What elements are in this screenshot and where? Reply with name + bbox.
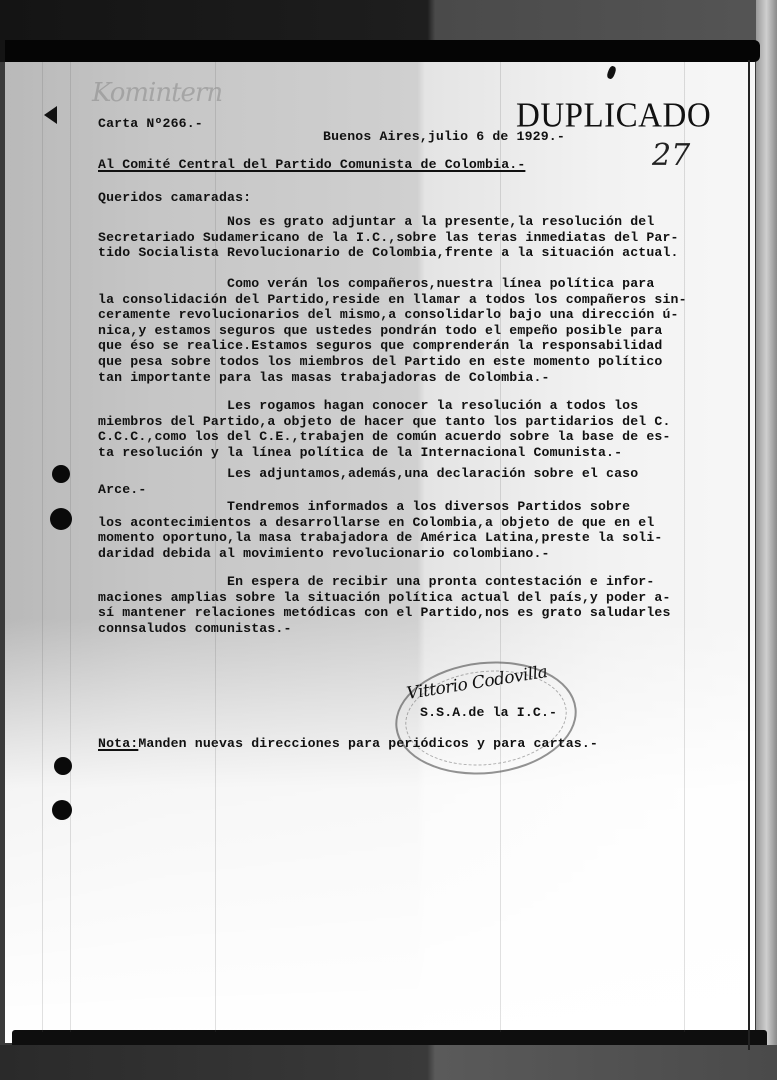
body-line: Nos es grato adjuntar a la presente,la r… [98, 214, 654, 230]
scan-streak [42, 62, 43, 1032]
body-line: En espera de recibir una pronta contesta… [98, 574, 654, 590]
folio-number: 27 [652, 138, 690, 173]
body-line: Tendremos informados a los diversos Part… [98, 499, 630, 515]
signatory: S.S.A.de la I.C.- [420, 705, 557, 721]
letter-number: Carta Nº266.- [98, 116, 203, 132]
body-line: momento oportuno,la masa trabajadora de … [98, 530, 662, 546]
body-line: tan importante para las masas trabajador… [98, 370, 550, 386]
body-line: Les rogamos hagan conocer la resolución … [98, 398, 638, 414]
body-line: C.C.C.,como los del C.E.,trabajen de com… [98, 429, 671, 445]
scan-streak [70, 62, 71, 1032]
body-line: la consolidación del Partido,reside en l… [98, 292, 687, 308]
note-text: Manden nuevas direcciones para periódico… [138, 736, 598, 751]
body-line: que éso se realice.Estamos seguros que c… [98, 338, 662, 354]
body-line: connsaludos comunistas.- [98, 621, 292, 637]
note: Nota:Manden nuevas direcciones para peri… [98, 736, 598, 752]
body-line: tido Socialista Revolucionario de Colomb… [98, 245, 679, 261]
body-line: Como verán los compañeros,nuestra línea … [98, 276, 654, 292]
film-top-border [5, 40, 760, 62]
page-brightness-gradient [5, 618, 755, 1043]
body-line: los acontecimientos a desarrollarse en C… [98, 515, 654, 531]
body-line: que pesa sobre todos los miembros del Pa… [98, 354, 662, 370]
body-line: Les adjuntamos,además,una declaración so… [98, 466, 638, 482]
body-line: miembros del Partido,a objeto de hacer q… [98, 414, 671, 430]
handwritten-reference: Komintern [92, 78, 222, 108]
punch-hole [52, 800, 72, 820]
body-line: daridad debida al movimiento revoluciona… [98, 546, 550, 562]
body-line: ta resolución y la línea política de la … [98, 445, 622, 461]
body-line: maciones amplias sobre la situación polí… [98, 590, 671, 606]
body-line: sí mantener relaciones metódicas con el … [98, 605, 671, 621]
addressee: Al Comité Central del Partido Comunista … [98, 157, 525, 173]
page-edge-line [748, 60, 750, 1050]
punch-hole [52, 465, 70, 483]
note-label: Nota: [98, 736, 138, 751]
place-date: Buenos Aires,julio 6 de 1929.- [323, 129, 565, 145]
salutation: Queridos camaradas: [98, 190, 251, 206]
body-line: nica,y estamos seguros que ustedes pondr… [98, 323, 662, 339]
scan-backdrop-bottom [0, 1045, 777, 1080]
margin-arrow-icon [44, 106, 57, 124]
body-line: Secretariado Sudamericano de la I.C.,sob… [98, 230, 679, 246]
body-line: Arce.- [98, 482, 146, 498]
body-line: ceramente revolucionarios del mismo,a co… [98, 307, 679, 323]
punch-hole [54, 757, 72, 775]
punch-hole [50, 508, 72, 530]
scan-edge-strip [756, 0, 777, 1080]
scan-streak [684, 62, 685, 1032]
